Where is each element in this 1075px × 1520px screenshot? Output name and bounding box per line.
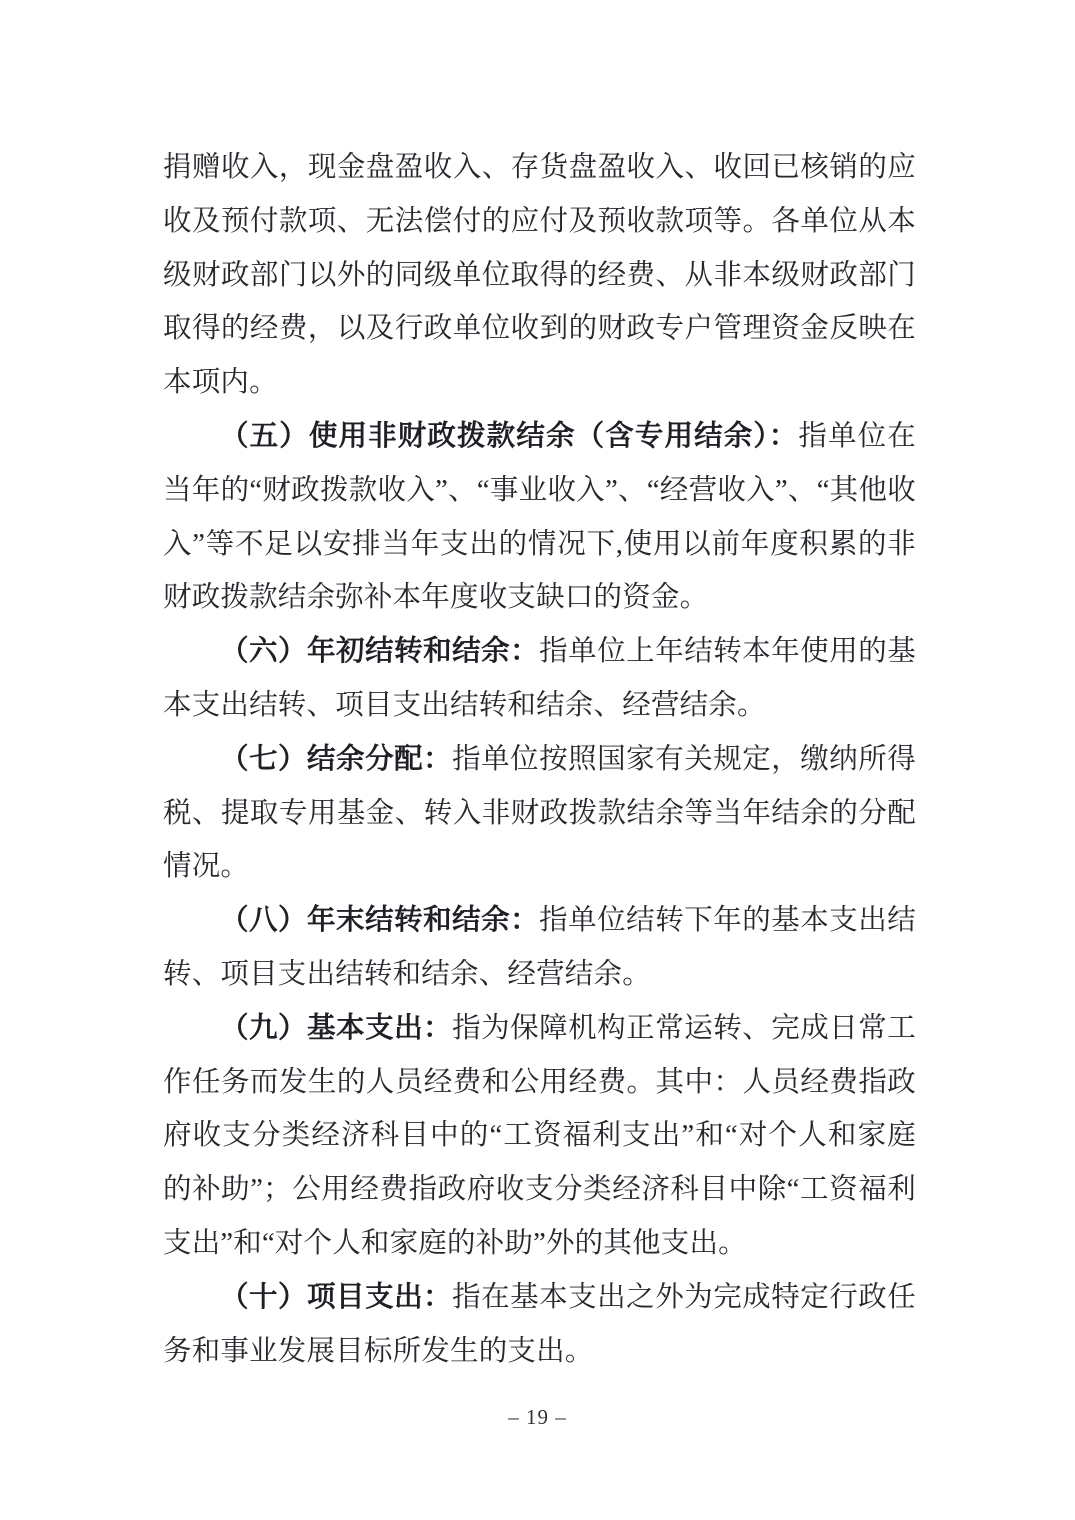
term-label-item-7: （七）结余分配： — [220, 744, 452, 775]
term-label-item-8: （八）年末结转和结余： — [220, 905, 539, 936]
paragraph-item-8: （八）年末结转和结余：指单位结转下年的基本支出结转、项目支出结转和结余、经营结余… — [163, 894, 916, 1002]
paragraph-item-5: （五）使用非财政拨款结余（含专用结余）：指单位在当年的“财政拨款收入”、“事业收… — [163, 410, 916, 625]
paragraph-item-7: （七）结余分配：指单位按照国家有关规定，缴纳所得税、提取专用基金、转入非财政拨款… — [163, 733, 916, 894]
term-label-item-5: （五）使用非财政拨款结余（含专用结余）： — [220, 421, 798, 452]
term-label-item-6: （六）年初结转和结余： — [220, 636, 539, 667]
term-text-item-9: 指为保障机构正常运转、完成日常工作任务而发生的人员经费和公用经费。其中：人员经费… — [163, 1013, 916, 1259]
paragraph-text: 捐赠收入，现金盘盈收入、存货盘盈收入、收回已核销的应收及预付款项、无法偿付的应付… — [163, 152, 916, 398]
document-page: 捐赠收入，现金盘盈收入、存货盘盈收入、收回已核销的应收及预付款项、无法偿付的应付… — [0, 0, 1075, 1520]
paragraph-other-income-continuation: 捐赠收入，现金盘盈收入、存货盘盈收入、收回已核销的应收及预付款项、无法偿付的应付… — [163, 141, 916, 410]
paragraph-item-10: （十）项目支出：指在基本支出之外为完成特定行政任务和事业发展目标所发生的支出。 — [163, 1271, 916, 1379]
page-number: – 19 – — [0, 1403, 1075, 1431]
term-label-item-10: （十）项目支出： — [220, 1282, 452, 1313]
paragraph-item-6: （六）年初结转和结余：指单位上年结转本年使用的基本支出结转、项目支出结转和结余、… — [163, 625, 916, 733]
text-block: 捐赠收入，现金盘盈收入、存货盘盈收入、收回已核销的应收及预付款项、无法偿付的应付… — [163, 141, 916, 1378]
term-label-item-9: （九）基本支出： — [220, 1013, 452, 1044]
paragraph-item-9: （九）基本支出：指为保障机构正常运转、完成日常工作任务而发生的人员经费和公用经费… — [163, 1002, 916, 1271]
